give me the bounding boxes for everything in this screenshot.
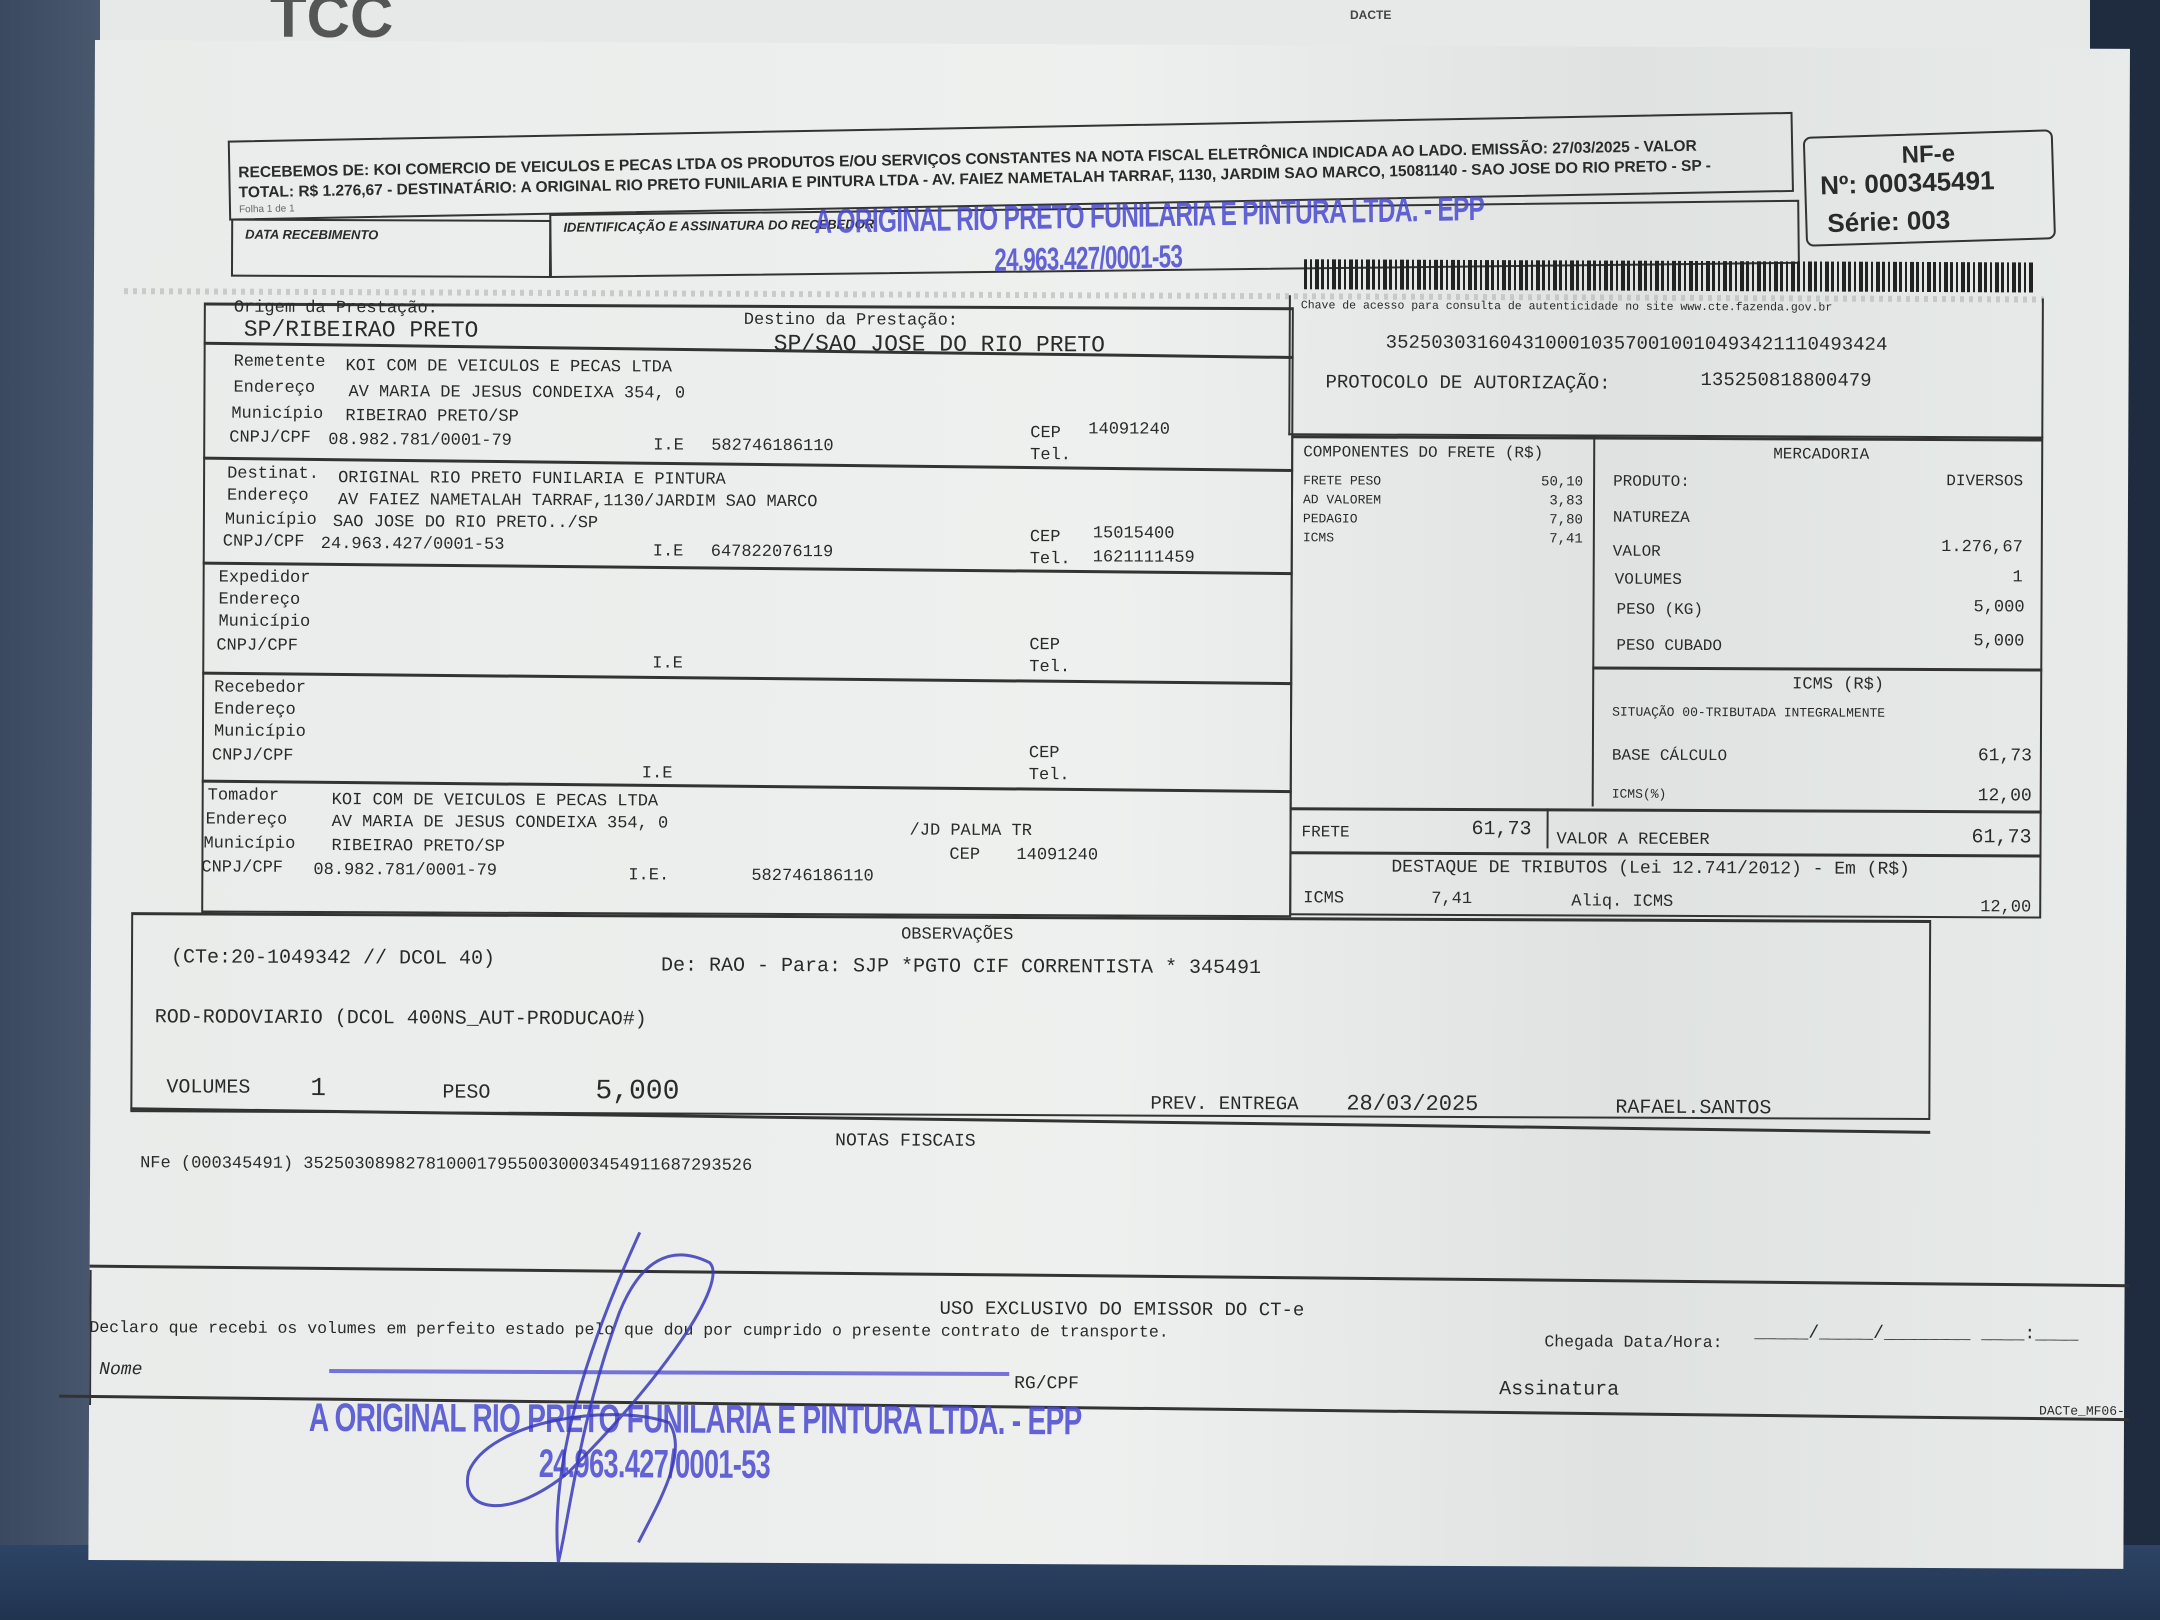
componente-label: PEDAGIO (1303, 511, 1358, 526)
prev-entrega-label: PREV. ENTREGA (1150, 1093, 1298, 1116)
observacoes-title: OBSERVAÇÕES (901, 926, 1013, 945)
rg-cpf-label[interactable]: RG/CPF (1014, 1374, 1079, 1394)
frete-total-label: FRETE (1302, 823, 1350, 841)
peso-label: PESO (KG) (1616, 601, 1702, 619)
remetente-ie: 582746186110 (711, 437, 834, 457)
remetente-ie-label: I.E (653, 436, 684, 455)
usuario-emissor: RAFAEL.SANTOS (1615, 1097, 1771, 1121)
icms-aliq-value: 12,00 (1852, 786, 2032, 807)
destinatario-label: Destinat. (227, 465, 319, 484)
nfe-number: Nº: 000345491 (1820, 165, 1995, 201)
back-sheet-fragment-right: DACTE (1350, 8, 1391, 22)
recebedor-ie-label: I.E (642, 764, 673, 783)
icms-situacao: SITUAÇÃO 00-TRIBUTADA INTEGRALMENTE (1612, 705, 1885, 721)
nfe-serie: Série: 003 (1827, 204, 1951, 239)
destinatario-cnpj-label: CNPJ/CPF (223, 533, 305, 552)
tomador-bairro: /JD PALMA TR (910, 822, 1033, 842)
produto-value: DIVERSOS (1853, 472, 2023, 491)
destinatario-municipio: SAO JOSE DO RIO PRETO../SP (333, 513, 598, 533)
destinatario-cnpj: 24.963.427/0001-53 (321, 535, 505, 555)
data-recebimento-box[interactable]: DATA RECEBIMENTO (231, 219, 551, 278)
peso-cubado-label: PESO CUBADO (1616, 637, 1722, 655)
destinatario-endereco-label: Endereço (227, 487, 309, 506)
tomador-cep-label: CEP (949, 846, 980, 865)
form-code: DACTe_MF06- (2039, 1403, 2125, 1418)
observacoes-line2: ROD-RODOVIARIO (DCOL 400NS_AUT-PRODUCAO#… (155, 1006, 647, 1031)
volumes-label: VOLUMES (1615, 571, 1682, 589)
tributos-aliq-label: Aliq. ICMS (1571, 892, 1673, 911)
peso-cubado-value: 5,000 (1852, 632, 2024, 652)
expedidor-cnpj-label: CNPJ/CPF (216, 637, 298, 656)
remetente-cnpj-label: CNPJ/CPF (229, 429, 311, 448)
observacoes-line1-b: De: RAO - Para: SJP *PGTO CIF CORRENTIST… (661, 954, 1261, 980)
recebedor-cnpj-label: CNPJ/CPF (212, 747, 294, 766)
chave-acesso-box: Chave de acesso para consulta de autenti… (1288, 295, 2044, 438)
chave-label: Chave de acesso para consulta de autenti… (1301, 299, 1832, 314)
destinatario-tel: 1621111459 (1093, 548, 1195, 567)
remetente-cep-label: CEP (1030, 424, 1061, 443)
chegada-field[interactable]: _____/_____/________ ____:____ (1754, 1323, 2078, 1344)
tributos-title: DESTAQUE DE TRIBUTOS (Lei 12.741/2012) -… (1391, 858, 1910, 880)
recebedor-label: Recebedor (214, 679, 306, 698)
obs-volumes-label: VOLUMES (166, 1076, 250, 1099)
tomador-nome: KOI COM DE VEICULOS E PECAS LTDA (332, 791, 659, 811)
chegada-label[interactable]: Chegada Data/Hora: (1544, 1332, 1722, 1352)
componente-label: ICMS (1303, 530, 1334, 545)
icms-title: ICMS (R$) (1792, 675, 1884, 694)
remetente-endereco-label: Endereço (233, 379, 315, 398)
tomador-label: Tomador (208, 786, 280, 805)
divider (1546, 808, 1548, 848)
peso-value: 5,000 (1853, 598, 2025, 618)
valor-receber-value: 61,73 (1851, 826, 2031, 850)
base-calculo-value: 61,73 (1852, 746, 2032, 767)
obs-volumes-value: 1 (310, 1073, 326, 1103)
assinatura-label[interactable]: Assinatura (1499, 1378, 1619, 1402)
tomador-endereco: AV MARIA DE JESUS CONDEIXA 354, 0 (332, 813, 669, 833)
tomador-cnpj-label: CNPJ/CPF (201, 858, 283, 877)
expedidor-endereco-label: Endereço (219, 591, 301, 610)
protocolo-label: PROTOCOLO DE AUTORIZAÇÃO: (1325, 371, 1610, 394)
frete-total-value: 61,73 (1382, 818, 1532, 842)
expedidor-cep-label: CEP (1029, 636, 1060, 655)
componentes-title: COMPONENTES DO FRETE (R$) (1303, 443, 1543, 462)
origem-label: Origem da Prestação: (234, 299, 438, 319)
destinatario-ie-label: I.E (653, 542, 684, 561)
destinatario-endereco: AV FAIEZ NAMETALAH TARRAF,1130/JARDIM SA… (338, 491, 818, 512)
notas-fiscais-title: NOTAS FISCAIS (835, 1131, 976, 1152)
access-key-barcode (1304, 259, 2034, 292)
expedidor-tel-label: Tel. (1029, 658, 1070, 677)
componente-value: 7,41 (1473, 531, 1583, 547)
obs-peso-value: 5,000 (595, 1076, 679, 1107)
origem-value: SP/RIBEIRAO PRETO (244, 317, 479, 344)
valor-value: 1.276,67 (1853, 538, 2023, 558)
remetente-municipio-label: Município (231, 405, 323, 424)
divider (89, 1270, 92, 1405)
nfe-box: NF-e Nº: 000345491 Série: 003 (1803, 129, 2056, 247)
recebedor-municipio-label: Município (214, 723, 306, 742)
tomador-ie-label: I.E. (628, 866, 669, 885)
componente-value: 50,10 (1473, 474, 1583, 490)
tomador-endereco-label: Endereço (206, 810, 288, 829)
data-recebimento-label: DATA RECEBIMENTO (245, 227, 378, 243)
remetente-nome: KOI COM DE VEICULOS E PECAS LTDA (346, 357, 673, 377)
tomador-ie: 582746186110 (751, 867, 874, 887)
componente-label: FRETE PESO (1303, 473, 1381, 488)
nome-label[interactable]: Nome (99, 1360, 142, 1380)
uso-exclusivo-label: USO EXCLUSIVO DO EMISSOR DO CT-e (939, 1298, 1304, 1322)
destinatario-cep: 15015400 (1093, 524, 1175, 543)
destinatario-municipio-label: Município (225, 511, 317, 530)
componente-label: AD VALOREM (1303, 492, 1381, 507)
volumes-value: 1 (1853, 568, 2023, 588)
destinatario-nome: ORIGINAL RIO PRETO FUNILARIA E PINTURA (338, 469, 726, 490)
destinatario-ie: 647822076119 (711, 543, 834, 563)
remetente-tel-label: Tel. (1030, 446, 1071, 465)
handwritten-signature (408, 1221, 790, 1583)
protocolo-value: 135250818800479 (1700, 369, 1871, 392)
observacoes-line1-a: (CTe:20-1049342 // DCOL 40) (171, 946, 495, 970)
tributos-icms-value: 7,41 (1431, 890, 1472, 909)
tomador-cnpj: 08.982.781/0001-79 (313, 861, 497, 881)
remetente-label: Remetente (234, 353, 326, 372)
valor-receber-label: VALOR A RECEBER (1556, 830, 1709, 850)
chave-value[interactable]: 3525030316043100010357001001049342111049… (1386, 332, 1888, 356)
recebedor-cep-label: CEP (1029, 744, 1060, 763)
componente-value: 3,83 (1473, 493, 1583, 509)
obs-peso-label: PESO (442, 1082, 490, 1105)
company-stamp-cnpj-top: 24.963.427/0001-53 (994, 238, 1182, 279)
destinatario-cep-label: CEP (1030, 528, 1061, 547)
tomador-cep: 14091240 (1016, 846, 1098, 865)
nota-fiscal-item: NFe (000345491) 352503089827810001795500… (140, 1154, 752, 1176)
destinatario-tel-label: Tel. (1030, 550, 1071, 569)
remetente-cep: 14091240 (1088, 420, 1170, 439)
icms-aliq-label: ICMS(%) (1612, 787, 1667, 802)
divider (90, 1265, 2130, 1288)
canhoto-folha: Folha 1 de 1 (239, 203, 295, 215)
remetente-cnpj: 08.982.781/0001-79 (328, 431, 512, 451)
tributos-icms-label: ICMS (1303, 889, 1344, 908)
recebedor-endereco-label: Endereço (214, 701, 296, 720)
tomador-municipio: RIBEIRAO PRETO/SP (331, 837, 505, 857)
dacte-document: RECEBEMOS DE: KOI COMERCIO DE VEICULOS E… (88, 40, 2130, 1569)
destino-label: Destino da Prestação: (744, 311, 958, 331)
recebedor-tel-label: Tel. (1029, 766, 1070, 785)
mercadoria-title: MERCADORIA (1773, 445, 1869, 463)
tributos-aliq-value: 12,00 (1851, 898, 2031, 918)
remetente-endereco: AV MARIA DE JESUS CONDEIXA 354, 0 (348, 383, 685, 403)
valor-label: VALOR (1613, 543, 1661, 561)
expedidor-label: Expedidor (219, 569, 311, 588)
tomador-municipio-label: Município (203, 834, 295, 853)
remetente-municipio: RIBEIRAO PRETO/SP (345, 407, 519, 427)
expedidor-municipio-label: Município (218, 613, 310, 632)
expedidor-ie-label: I.E (652, 654, 683, 673)
prev-entrega-value: 28/03/2025 (1346, 1091, 1478, 1117)
componente-value: 7,80 (1473, 512, 1583, 528)
natureza-label: NATUREZA (1613, 509, 1690, 527)
produto-label: PRODUTO: (1613, 473, 1690, 491)
base-calculo-label: BASE CÁLCULO (1612, 747, 1727, 766)
